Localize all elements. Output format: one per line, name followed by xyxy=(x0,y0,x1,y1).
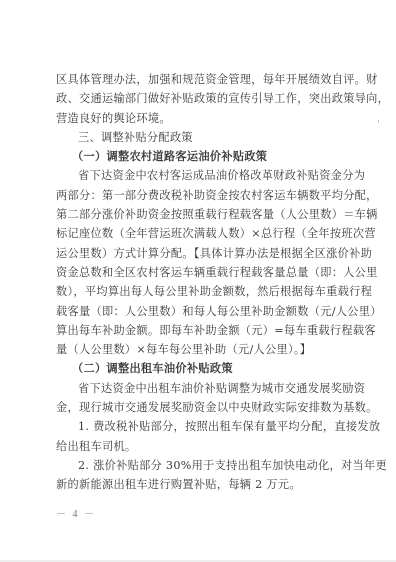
subsection-heading: （二）调整出租车油价补贴政策 xyxy=(56,359,342,378)
paragraph-line: 运公里数）方式计算分配。【具体计算办法是根据全区涨价补助 xyxy=(56,244,342,263)
paragraph-line: 标记座位数（全年营运班次满载人数）×总行程（全年按班次营 xyxy=(56,224,342,243)
paragraph-line: 省下达资金中农村客运成品油价格改革财政补贴资金分为 xyxy=(56,166,342,185)
paragraph-line: 区具体管理办法，加强和规范资金管理，每年开展绩效自评。财 xyxy=(56,70,342,89)
paragraph-line: 载客量（即：人公里数）和每人每公里补助金额数（元/人公里） xyxy=(56,302,342,321)
paragraph-line: 省下达资金中出租车油价补贴调整为城市交通发展奖励资 xyxy=(56,379,342,398)
page-content: 区具体管理办法，加强和规范资金管理，每年开展绩效自评。财 政、交通运输部门做好补… xyxy=(56,70,342,495)
list-item-line: 1. 费改税补贴部分，按照出租车保有量平均分配，直接发放 xyxy=(56,417,342,436)
paragraph-line: 数），平均算出每人每公里补助金额数，然后根据每车重载行程 xyxy=(56,282,342,301)
paragraph-line: 两部分：第一部分费改税补助资金按农村客运车辆数平均分配， xyxy=(56,186,342,205)
document-page: 区具体管理办法，加强和规范资金管理，每年开展绩效自评。财 政、交通运输部门做好补… xyxy=(0,0,396,562)
paragraph-line: 金，现行城市交通发展奖励资金以中央财政实际安排数为基数。 xyxy=(56,398,342,417)
page-number: － 4 － xyxy=(56,505,96,520)
subsection-heading: （一）调整农村道路客运油价补贴政策 xyxy=(56,147,342,166)
paragraph-line: 量（人公里数）×每车每公里补助（元/人公里）。】 xyxy=(56,340,342,359)
paragraph-line: 营造良好的舆论环境。 xyxy=(56,109,342,128)
scan-mark xyxy=(378,120,379,123)
paragraph-line: 政、交通运输部门做好补贴政策的宣传引导工作，突出政策导向， xyxy=(56,89,342,108)
list-item-line: 新的新能源出租车进行购置补贴，每辆 2 万元。 xyxy=(56,475,342,494)
section-heading: 三、调整补贴分配政策 xyxy=(56,128,342,147)
paragraph-line: 资金总数和全区农村客运车辆重载行程载客量总量（即：人公里 xyxy=(56,263,342,282)
paragraph-line: 算出每车补助金额。即每车补助金额（元）=每车重载行程载客 xyxy=(56,321,342,340)
list-item-line: 2. 涨价补贴部分 30%用于支持出租车加快电动化，对当年更 xyxy=(56,456,342,475)
paragraph-line: 第二部分涨价补助资金按照重载行程载客量（人公里数）＝车辆 xyxy=(56,205,342,224)
list-item-line: 给出租车司机。 xyxy=(56,437,342,456)
